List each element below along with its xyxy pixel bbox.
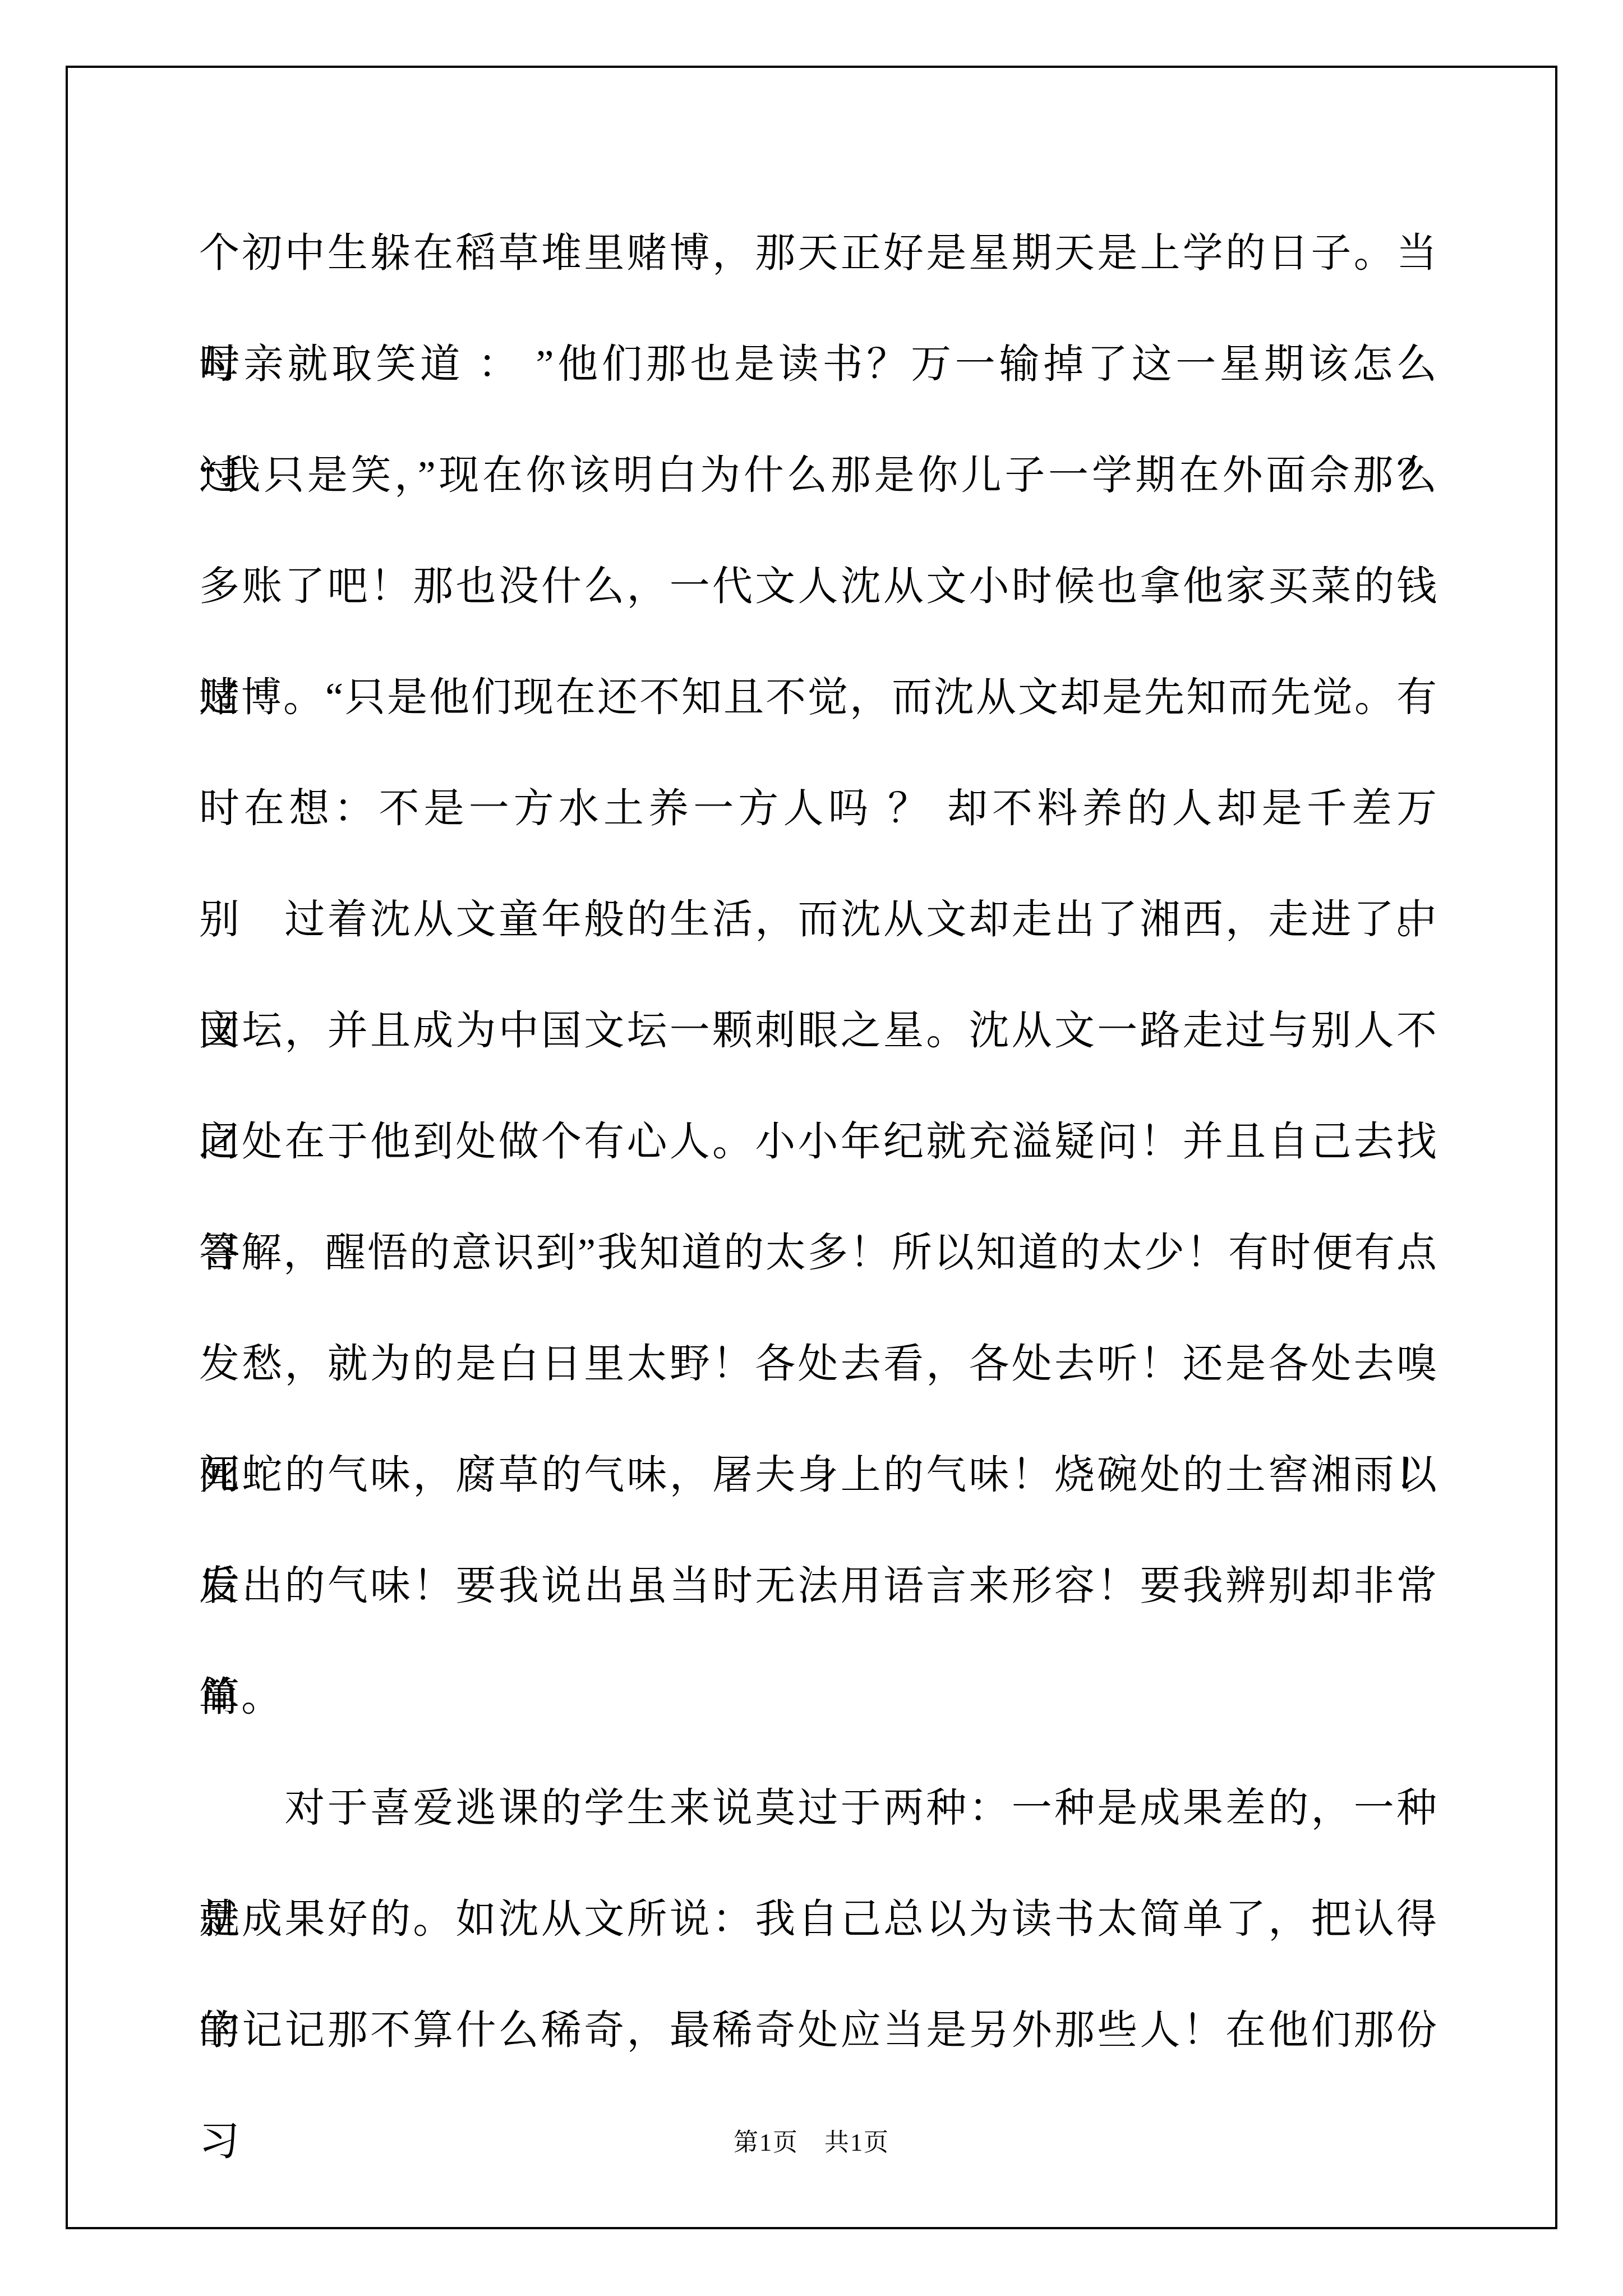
text-line-15: 对于喜爱逃课的学生来说莫过于两种：一种是成果差的，一种就 — [199, 1752, 1438, 1864]
text-line-2: 母亲就取笑道 ： ”他们那也是读书？万一输掉了这一星期该怎么过？ — [199, 309, 1438, 420]
text-line-5: 过博。“只是他们现在还不知且不觉，而沈从文却是先知而先觉。有 — [199, 642, 1438, 753]
document-page: 个初中生躲在稻草堆里赌博，那天正好是星期天是上学的日子。当时 母亲就取笑道 ： … — [0, 0, 1623, 2296]
text-line-9: 之处在于他到处做个有心人。小小年纪就充溢疑问！并且自己去找寻 — [199, 1086, 1438, 1197]
page-footer: 第1页 共1页 — [0, 2126, 1623, 2160]
text-line-3: “我只是笑，”现在你该明白为什么那是你儿子一学期在外面佘那么 — [199, 420, 1438, 531]
document-body-text: 个初中生躲在稻草堆里赌博，那天正好是星期天是上学的日子。当时 母亲就取笑道 ： … — [199, 197, 1438, 2086]
text-line-17: 字记记那不算什么稀奇，最稀奇处应当是另外那些人！在他们那份习 — [199, 1975, 1438, 2086]
text-line-16: 是成果好的。如沈从文所说：我自己总以为读书太简单了，把认得的 — [199, 1864, 1438, 1975]
text-line-14: 单。 — [199, 1641, 1438, 1752]
text-line-11: 发愁，就为的是白日里太野！各处去看，各处去听！还是各处去嗅闻！ — [199, 1308, 1438, 1419]
text-line-10: 答解，醒悟的意识到”我知道的太多！所以知道的太少！有时便有点 — [199, 1197, 1438, 1308]
text-line-1: 个初中生躲在稻草堆里赌博，那天正好是星期天是上学的日子。当时 — [199, 197, 1438, 309]
text-line-13: 发出的气味！要我说出虽当时无法用语言来形容！要我辨别却非常简 — [199, 1530, 1438, 1641]
text-line-8: 文坛，并且成为中国文坛一颗刺眼之星。沈从文一路走过与别人不同 — [199, 975, 1438, 1086]
text-line-7: 过着沈从文童年般的生活，而沈从文却走出了湘西，走进了中国 — [199, 864, 1438, 975]
text-line-4: 多账了吧！那也没什么，一代文人沈从文小时候也拿他家买菜的钱赌 — [199, 531, 1438, 642]
text-line-12: 死蛇的气味，腐草的气味，屠夫身上的气味！烧碗处的土窖湘雨以后 — [199, 1419, 1438, 1530]
text-line-6: 时在想：不是一方水土养一方人吗 ？ 却不料养的人却是千差万别。 — [199, 753, 1438, 864]
